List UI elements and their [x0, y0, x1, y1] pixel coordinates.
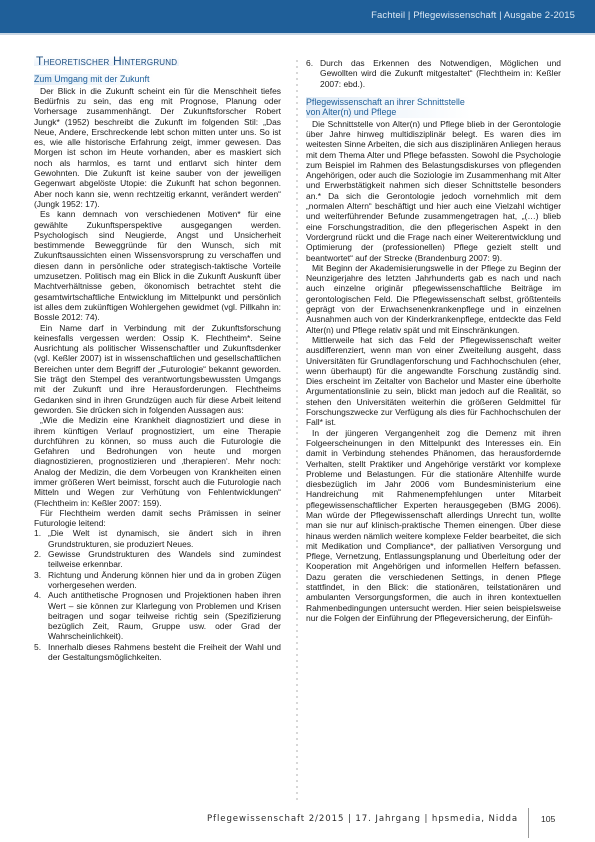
list-item: 6.Durch das Erkennen des Notwendigen, Mö…: [306, 58, 561, 89]
paragraph: In der jüngeren Vergangenheit zog die De…: [306, 428, 561, 624]
list-number: 2.: [34, 549, 41, 559]
footer-separator: [528, 808, 529, 838]
paragraph: Der Blick in die Zukunft scheint ein für…: [34, 86, 281, 210]
list-item: 1.„Die Welt ist dynamisch, sie ändert si…: [34, 528, 281, 549]
subheading-line-2: von Alter(n) und Pflege: [306, 107, 396, 117]
footer: Pflegewissenschaft 2/2015 | 17. Jahrgang…: [0, 808, 595, 842]
list-text: Auch antithetische Prognosen und Projekt…: [48, 590, 281, 641]
left-column: Theoretischer Hintergrund Zum Umgang mit…: [34, 56, 281, 662]
list-item: 3.Richtung und Änderung können hier und …: [34, 570, 281, 591]
list-number: 1.: [34, 528, 41, 538]
list-number: 4.: [34, 590, 41, 600]
running-title: Fachteil | Pflegewissenschaft | Ausgabe …: [371, 10, 575, 21]
list-number: 6.: [306, 58, 313, 68]
subheading-line-1: Pflegewissenschaft an ihrer Schnittstell…: [306, 97, 465, 107]
paragraph: Die Schnittstelle von Alter(n) und Pfleg…: [306, 119, 561, 263]
section-title: Theoretischer Hintergrund: [34, 56, 179, 66]
list-item: 4.Auch antithetische Prognosen und Proje…: [34, 590, 281, 641]
list-text: Gewisse Grundstrukturen des Wandels sind…: [48, 549, 281, 569]
footer-citation: Pflegewissenschaft 2/2015 | 17. Jahrgang…: [207, 814, 518, 824]
paragraph: Mittlerweile hat sich das Feld der Pfleg…: [306, 335, 561, 428]
column-divider: [296, 60, 298, 800]
list-item: 2.Gewisse Grundstrukturen des Wandels si…: [34, 549, 281, 570]
list-item: 5.Innerhalb dieses Rahmens besteht die F…: [34, 642, 281, 663]
paragraph: Es kann demnach von verschiedenen Motive…: [34, 209, 281, 322]
premises-list-continued: 6.Durch das Erkennen des Notwendigen, Mö…: [306, 58, 561, 89]
list-text: Durch das Erkennen des Notwendigen, Mögl…: [320, 58, 561, 89]
list-text: „Die Welt ist dynamisch, sie ändert sich…: [48, 528, 281, 548]
quote-paragraph: „Wie die Medizin eine Krankheit diagnost…: [34, 415, 281, 508]
list-text: Innerhalb dieses Rahmens besteht die Fre…: [48, 642, 281, 662]
list-number: 5.: [34, 642, 41, 652]
paragraph: Ein Name darf in Verbindung mit der Zuku…: [34, 323, 281, 416]
right-column: 6.Durch das Erkennen des Notwendigen, Mö…: [306, 58, 561, 623]
premises-list: 1.„Die Welt ist dynamisch, sie ändert si…: [34, 528, 281, 662]
header-bar: Fachteil | Pflegewissenschaft | Ausgabe …: [0, 0, 595, 33]
list-number: 3.: [34, 570, 41, 580]
paragraph: Für Flechtheim werden damit sechs Prämis…: [34, 508, 281, 529]
subheading-nursing-science: Pflegewissenschaft an ihrer Schnittstell…: [306, 97, 471, 118]
page-number: 105: [541, 814, 555, 824]
list-text: Richtung und Änderung können hier und da…: [48, 570, 281, 590]
header-divider: [0, 33, 595, 35]
subheading-future: Zum Umgang mit der Zukunft: [34, 74, 155, 84]
paragraph: Mit Beginn der Akademisierungswelle in d…: [306, 263, 561, 335]
